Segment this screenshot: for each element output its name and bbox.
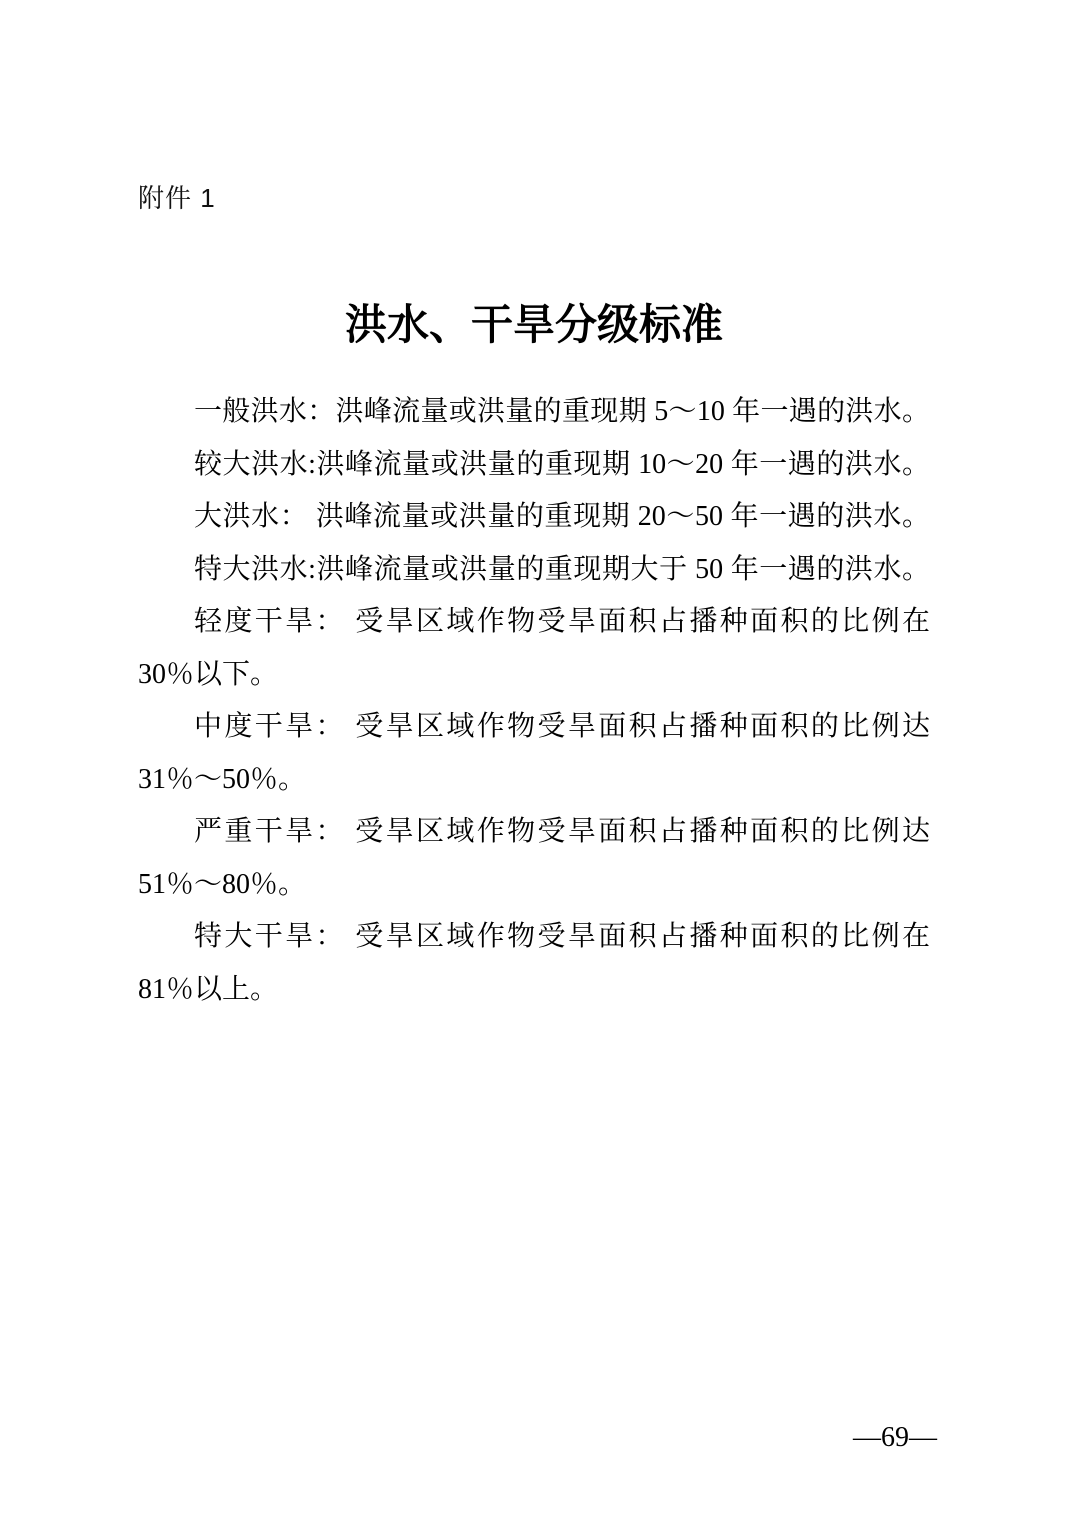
- body-line: 中度干旱： 受旱区域作物受旱面积占播种面积的比例达: [138, 701, 930, 754]
- body-text: 一般洪水：洪峰流量或洪量的重现期 5～10 年一遇的洪水。较大洪水:洪峰流量或洪…: [138, 386, 930, 1016]
- body-line: 30％以下。: [138, 649, 930, 702]
- body-line: 轻度干旱： 受旱区域作物受旱面积占播种面积的比例在: [138, 596, 930, 649]
- body-line: 特大洪水:洪峰流量或洪量的重现期大于 50 年一遇的洪水。: [138, 544, 930, 597]
- body-line: 较大洪水:洪峰流量或洪量的重现期 10～20 年一遇的洪水。: [138, 439, 930, 492]
- attachment-label: 附件 1: [138, 183, 216, 213]
- body-line: 大洪水： 洪峰流量或洪量的重现期 20～50 年一遇的洪水。: [138, 491, 930, 544]
- page-title: 洪水、干旱分级标准: [138, 298, 930, 354]
- body-line: 一般洪水：洪峰流量或洪量的重现期 5～10 年一遇的洪水。: [138, 386, 930, 439]
- body-line: 51％～80％。: [138, 859, 930, 912]
- page-number: —69—: [853, 1422, 937, 1454]
- body-line: 81％以上。: [138, 964, 930, 1017]
- body-line: 严重干旱： 受旱区域作物受旱面积占播种面积的比例达: [138, 806, 930, 859]
- body-line: 特大干旱： 受旱区域作物受旱面积占播种面积的比例在: [138, 911, 930, 964]
- body-line: 31％～50％。: [138, 754, 930, 807]
- document-page: 附件 1 洪水、干旱分级标准 一般洪水：洪峰流量或洪量的重现期 5～10 年一遇…: [0, 0, 1074, 1520]
